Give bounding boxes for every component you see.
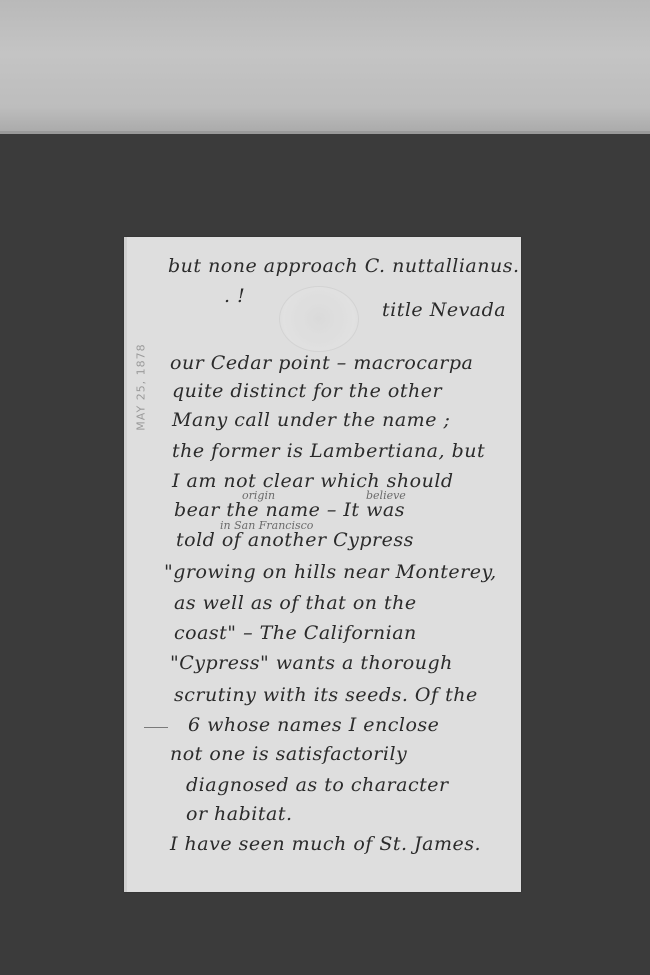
text-line-5: quite distinct for the other — [172, 380, 442, 402]
text-line-1: but none approach C. nuttallianus. — [168, 255, 520, 277]
table-surface — [0, 0, 650, 134]
text-line-19: or habitat. — [186, 803, 293, 825]
text-line-11: "growing on hills near Monterey, — [164, 561, 497, 583]
text-line-4: our Cedar point – macrocarpa — [170, 352, 473, 374]
text-line-14: "Cypress" wants a thorough — [170, 652, 453, 674]
embossed-seal-icon — [279, 286, 359, 352]
text-line-2: . ! — [224, 285, 245, 307]
text-line-12: as well as of that on the — [174, 592, 417, 614]
text-line-8: I am not clear which should — [172, 470, 454, 492]
text-line-20: I have seen much of St. James. — [170, 833, 481, 855]
text-line-9: bear the name – It was — [174, 499, 405, 521]
text-line-10: told of another Cypress — [176, 529, 414, 551]
margin-dash — [144, 727, 168, 728]
text-line-6: Many call under the name ; — [172, 409, 450, 431]
date-stamp: MAY 25, 1878 — [126, 332, 156, 442]
text-line-15: scrutiny with its seeds. Of the — [174, 684, 478, 706]
text-line-17: not one is satisfactorily — [170, 743, 407, 765]
letter-page: MAY 25, 1878 but none approach C. nuttal… — [124, 237, 521, 892]
text-line-16: 6 whose names I enclose — [188, 714, 439, 736]
text-line-13: coast" – The Californian — [174, 622, 417, 644]
text-line-7: the former is Lambertiana, but — [172, 440, 485, 462]
text-line-18: diagnosed as to character — [186, 774, 449, 796]
date-stamp-text: MAY 25, 1878 — [135, 343, 148, 430]
text-line-3: title Nevada — [382, 299, 506, 321]
